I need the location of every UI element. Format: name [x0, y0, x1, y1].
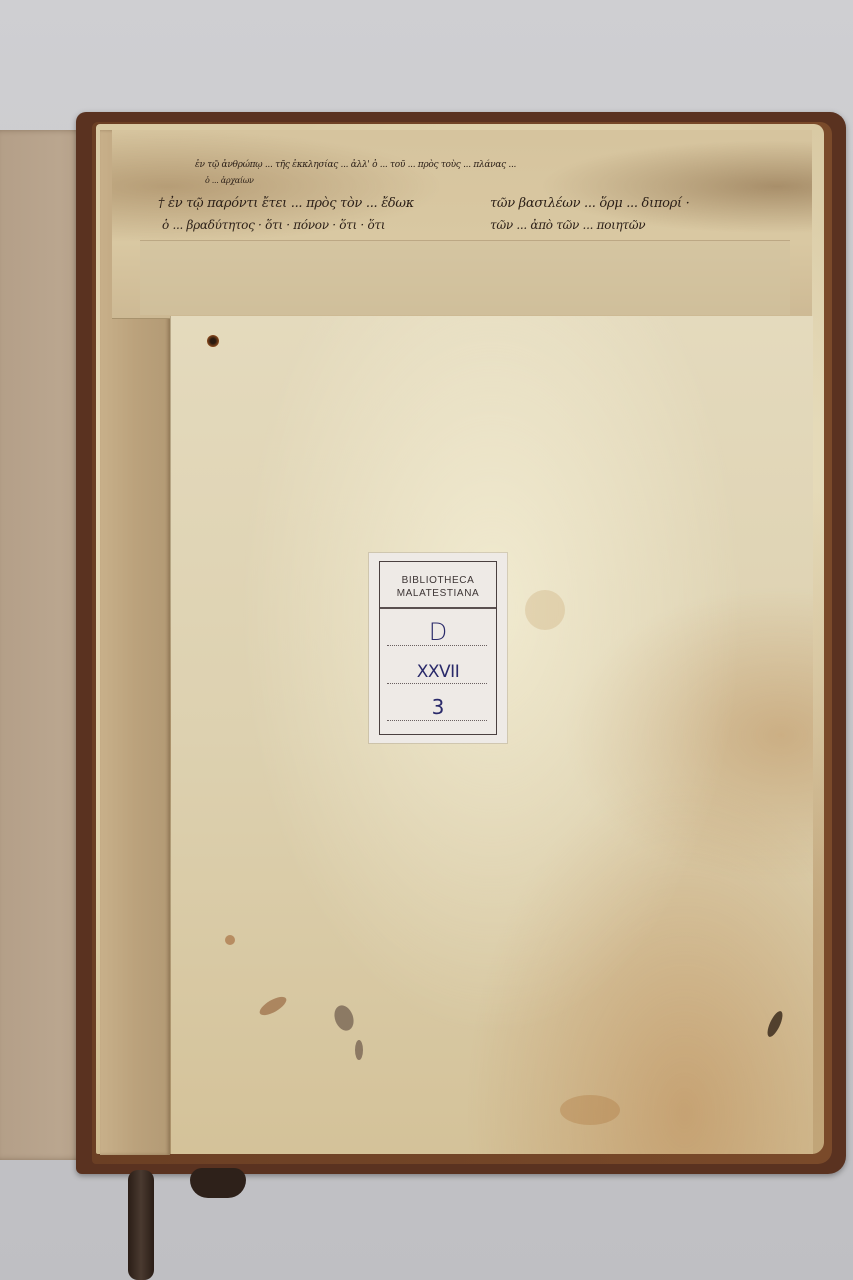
- dotted-rule: [387, 645, 487, 646]
- handwritten-right-line-2: τῶν ... ἀπὸ τῶν ... ποιητῶν: [490, 218, 645, 232]
- library-shelfmark-label: BIBLIOTHECA MALATESTIANA D XXVII 3: [369, 553, 507, 743]
- water-stain: [560, 1095, 620, 1125]
- label-divider: [380, 607, 496, 609]
- label-header-line-2: MALATESTIANA: [380, 587, 496, 600]
- clasp-knot: [190, 1168, 246, 1198]
- handwritten-left-line-1: † ἐν τῷ παρόντι ἔτει ... πρὸς τὸν ... ἔδ…: [158, 196, 414, 211]
- label-header-line-1: BIBLIOTHECA: [380, 574, 496, 587]
- repair-strip: [140, 240, 790, 315]
- foxing-stain: [525, 590, 565, 630]
- shelf-letter: D: [380, 618, 496, 646]
- rust-hole: [207, 335, 219, 347]
- label-frame: BIBLIOTHECA MALATESTIANA D XXVII 3: [379, 561, 497, 735]
- shelf-number: XXVII: [380, 662, 496, 682]
- label-header: BIBLIOTHECA MALATESTIANA: [380, 574, 496, 600]
- dotted-rule: [387, 683, 487, 684]
- clasp-strap: [128, 1170, 154, 1280]
- dotted-rule: [387, 720, 487, 721]
- handwritten-line-1: ἐν τῷ ἀνθρώπῳ ... τῆς ἐκκλησίας ... ἀλλ'…: [195, 160, 516, 170]
- ink-stain: [355, 1040, 363, 1060]
- item-number: 3: [380, 695, 496, 719]
- handwritten-right-line-1: τῶν βασιλέων ... ὅρμ ... διπορί ·: [490, 196, 689, 211]
- handwritten-left-line-2: ὁ ... βραδύτητος · ὅτι · πόνον · ὅτι · ὅ…: [162, 218, 385, 232]
- handwritten-line-1b: ὁ ... ἀρχαίων: [205, 176, 254, 185]
- rust-stain: [225, 935, 235, 945]
